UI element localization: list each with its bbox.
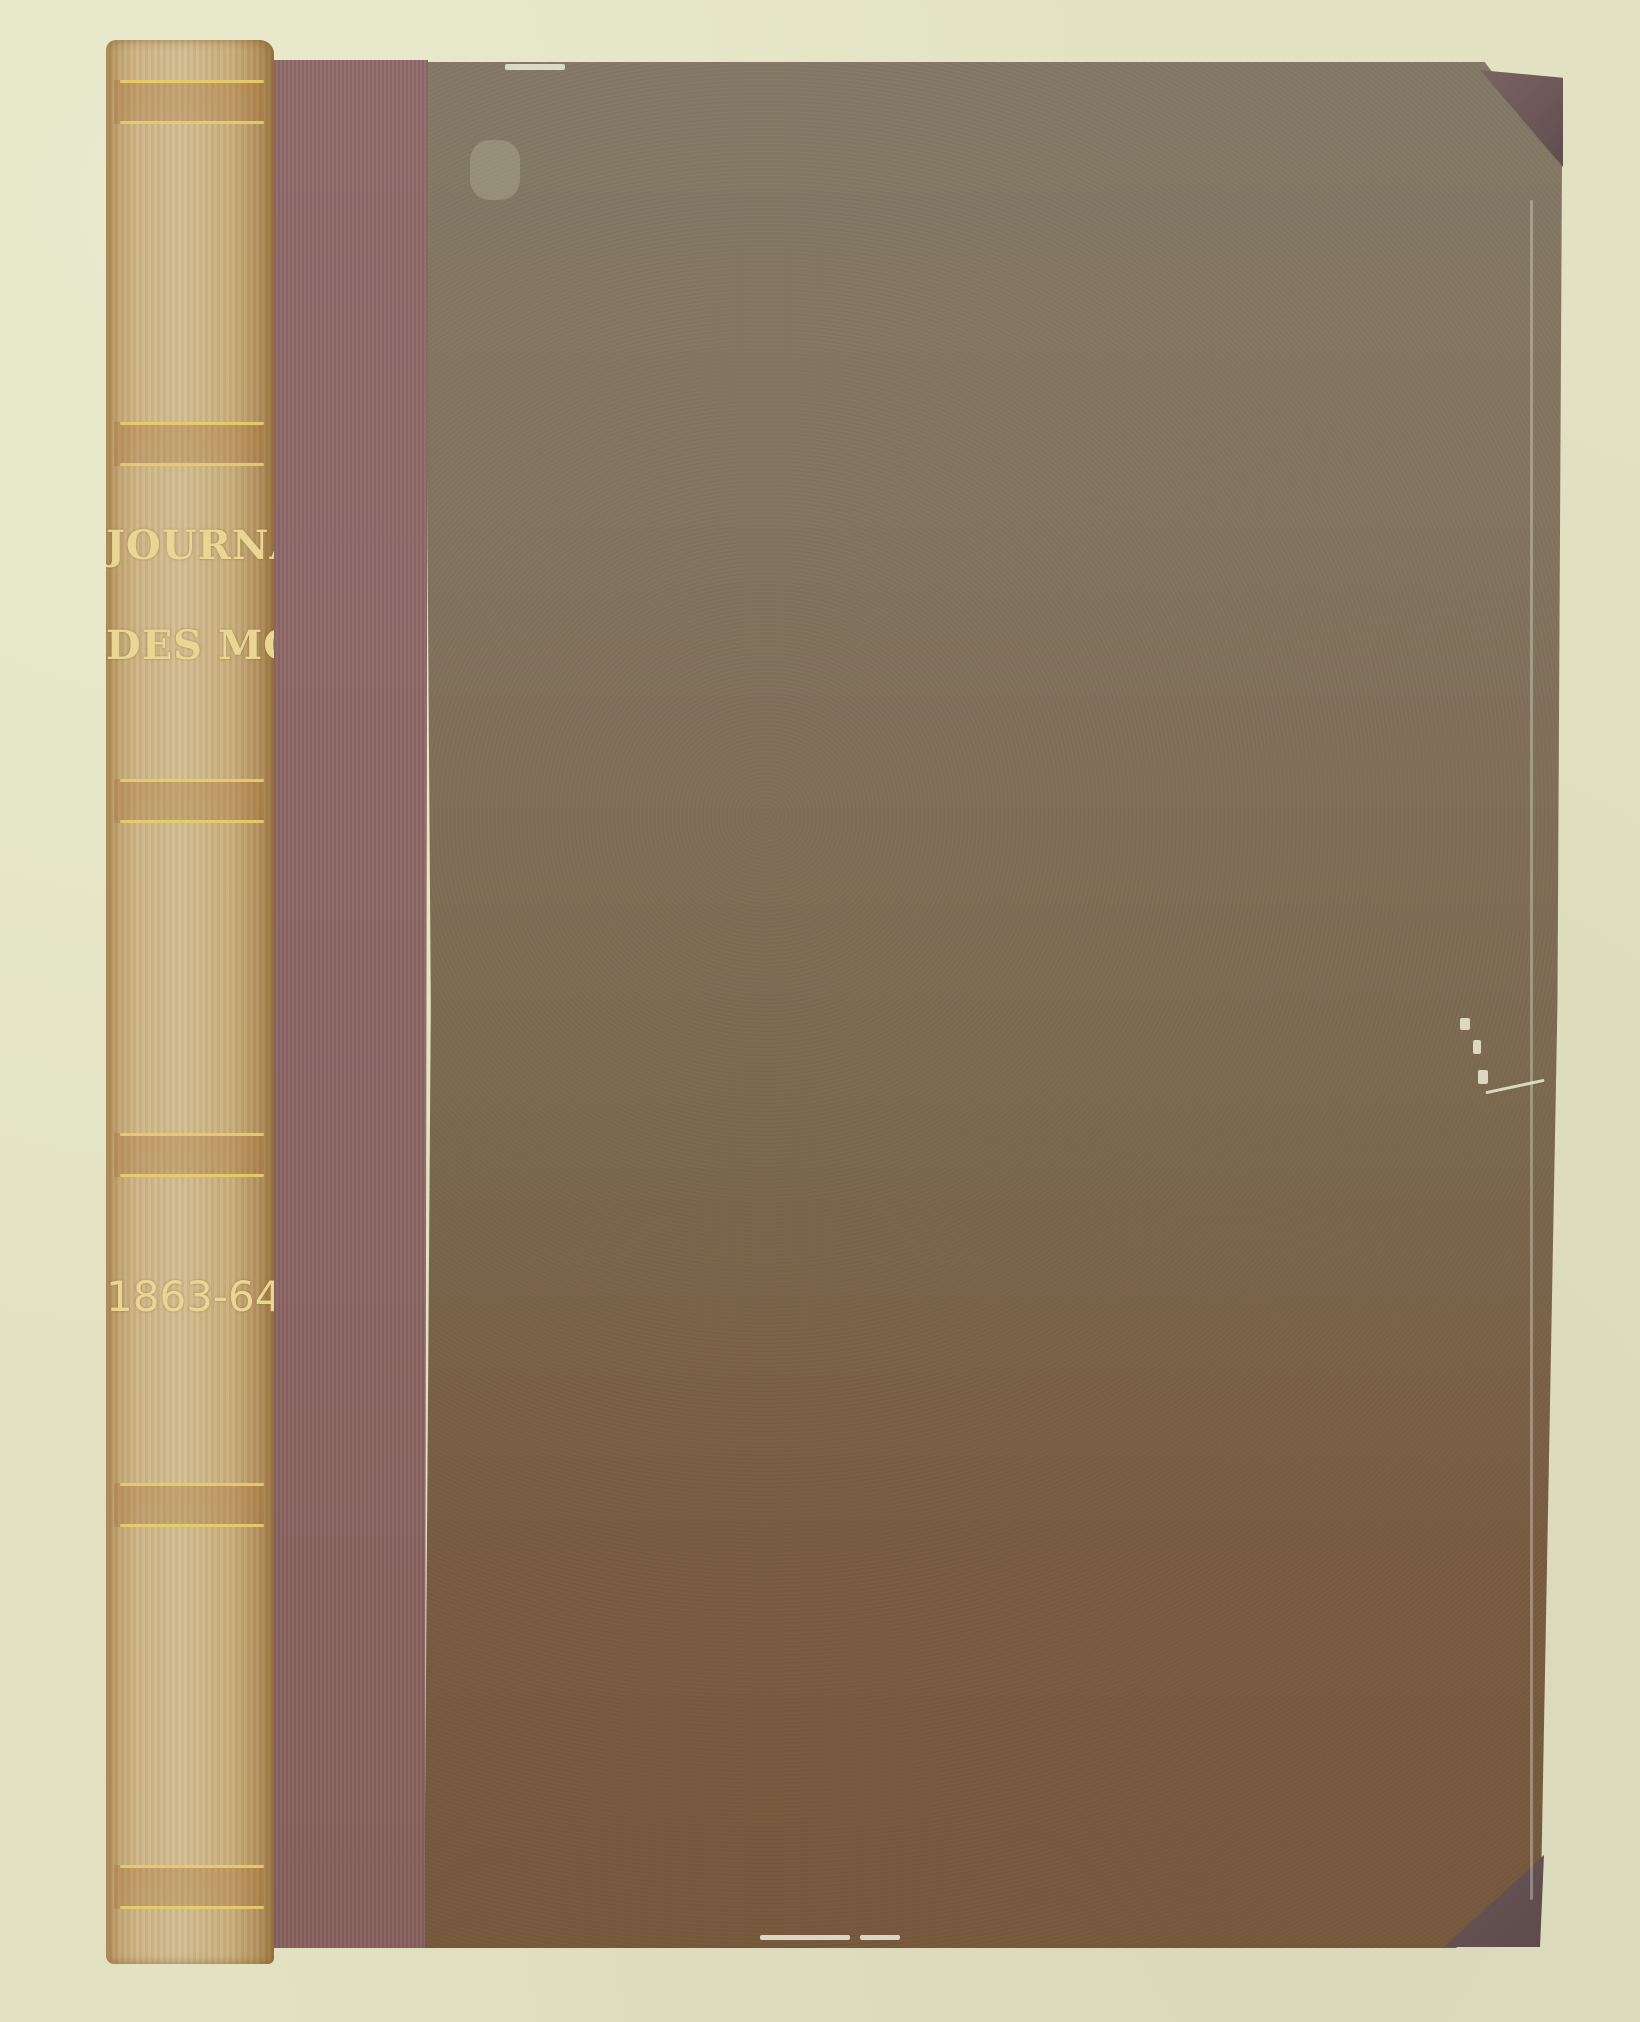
scuff-mark <box>760 1935 850 1940</box>
book-spine: JOURNA DES MOD 1863-64 <box>106 40 274 1964</box>
gilt-band <box>114 1483 264 1527</box>
spine-title-line-1: JOURNA <box>106 522 274 569</box>
scuff-mark <box>1478 1070 1488 1084</box>
cloth-strip <box>268 60 428 1948</box>
gilt-band <box>114 1865 264 1909</box>
scuff-mark <box>1473 1040 1481 1054</box>
gilt-band <box>114 80 264 124</box>
gilt-band <box>114 1133 264 1177</box>
front-board <box>424 62 1562 1948</box>
scuff-mark <box>1530 200 1533 1900</box>
scuff-mark <box>505 64 565 70</box>
gilt-band <box>114 422 264 466</box>
gilt-band <box>114 779 264 823</box>
scuff-mark <box>860 1935 900 1940</box>
spine-year: 1863-64 <box>106 1272 274 1321</box>
spine-title-line-2: DES MOD <box>106 622 274 669</box>
scuff-mark <box>1460 1018 1470 1030</box>
scuff-mark <box>470 140 520 200</box>
